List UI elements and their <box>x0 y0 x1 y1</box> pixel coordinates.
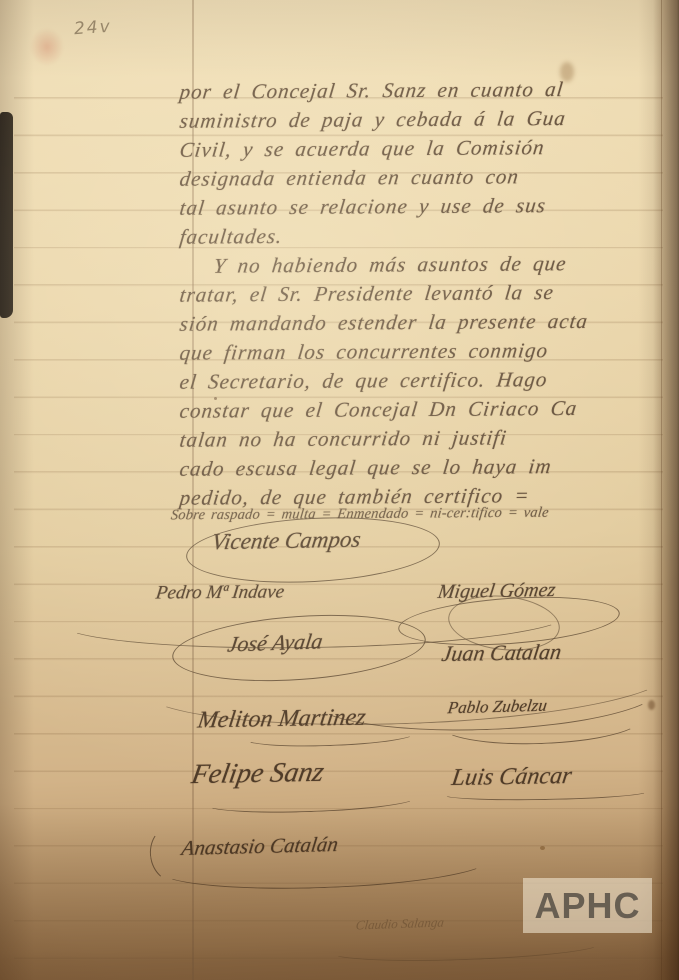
archive-watermark: APHC <box>523 878 652 933</box>
manuscript-page-photo: 24v por el Concejal Sr. Sanz en cuanto a… <box>0 0 679 980</box>
body-line: constar que el Concejal Dn Ciriaco Ca <box>178 395 673 423</box>
signature-claudio-faint: Claudio Salanga <box>355 914 445 933</box>
body-line: Y no habiendo más asuntos de que <box>212 250 679 278</box>
signature-anastasio-catalan: Anastasio Catalán <box>180 832 340 861</box>
body-line: sión mandando estender la presente acta <box>178 308 673 336</box>
signature-pedro-indave: Pedro Mª Indave <box>154 581 285 604</box>
body-line: que firman los concurrentes conmigo <box>178 337 673 365</box>
marginal-correction-note: Sobre raspado = multa = Enmendado = ni-c… <box>170 505 550 525</box>
signature-vicente-campos: Vicente Campos <box>210 527 362 556</box>
book-binding-strip <box>0 112 13 318</box>
signature-miguel-gomez: Miguel Gómez <box>436 579 557 604</box>
body-line: talan no ha concurrido ni justifi <box>178 424 673 452</box>
signature-flourish <box>205 786 418 815</box>
paper-stain <box>648 700 655 710</box>
body-line: por el Concejal Sr. Sanz en cuanto al <box>178 76 673 104</box>
body-line: el Secretario, de que certifico. Hago <box>178 366 673 394</box>
signature-luis-cancar: Luis Cáncar <box>450 763 573 792</box>
faded-red-stamp <box>30 28 64 66</box>
body-line: designada entienda en cuanto con <box>178 163 673 191</box>
signature-pablo-zubelzu: Pablo Zubelzu <box>446 696 548 719</box>
folio-pencil-note: 24v <box>73 17 112 40</box>
body-line: cado escusa legal que se lo haya im <box>178 453 673 481</box>
signature-jose-ayala: José Ayala <box>226 628 324 657</box>
body-line: tratar, el Sr. Presidente levantó la se <box>178 279 673 307</box>
signature-juan-catalan: Juan Catalan <box>440 639 563 667</box>
signature-meliton-martinez: Meliton Martinez <box>196 705 368 735</box>
body-line: Civil, y se acuerda que la Comisión <box>178 134 673 162</box>
signature-flourish <box>330 931 603 964</box>
paper-stain <box>560 62 574 82</box>
body-line: tal asunto se relacione y use de sus <box>178 192 673 220</box>
body-line: suministro de paja y cebada á la Gua <box>178 105 673 133</box>
body-line: facultades. <box>178 221 673 249</box>
signature-felipe-sanz: Felipe Sanz <box>189 757 327 791</box>
ink-speck <box>214 397 217 400</box>
paper-stain <box>540 846 545 850</box>
